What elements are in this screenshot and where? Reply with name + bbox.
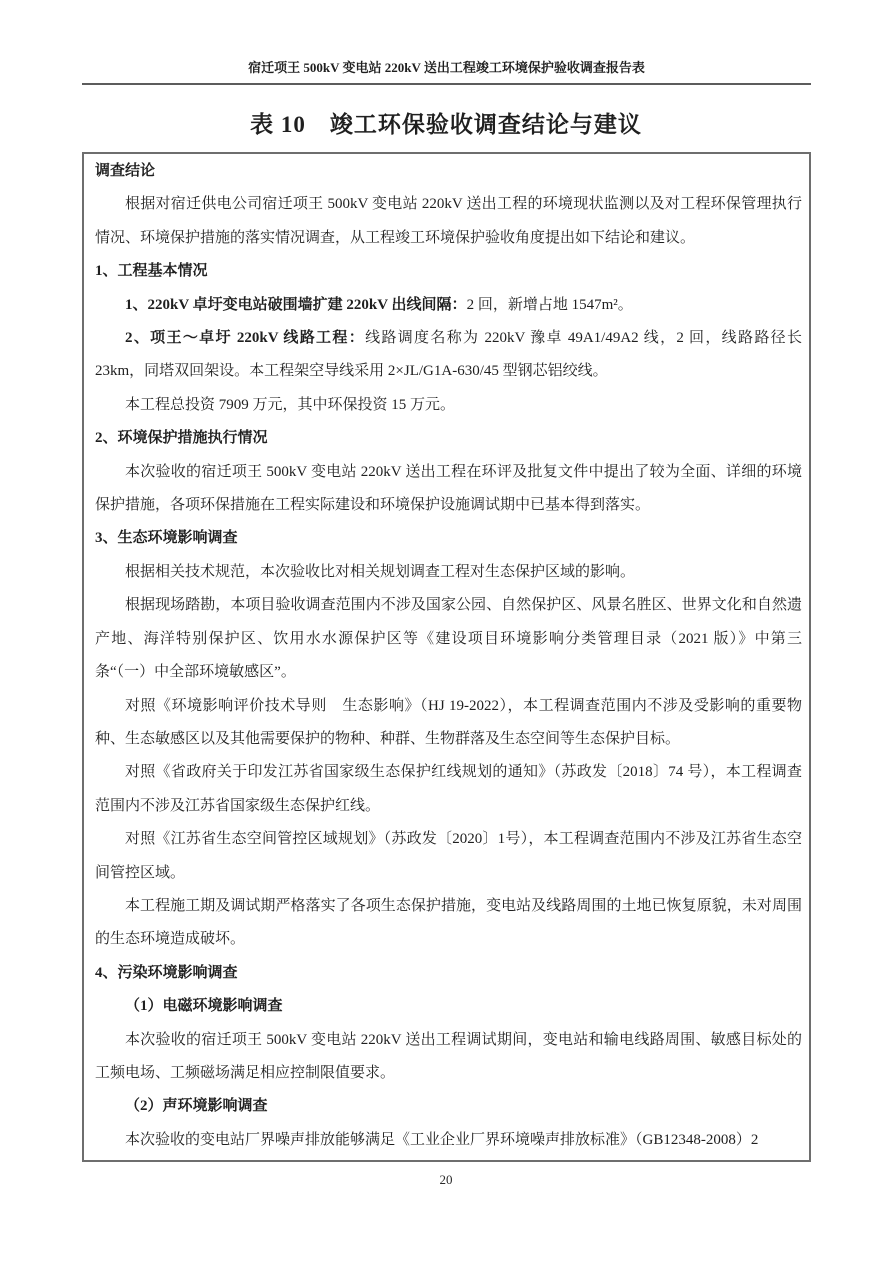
paragraph-text: 根据相关技术规范，本次验收比对相关规划调查工程对生态保护区域的影响。 [125, 564, 635, 580]
section-heading-text: 2、环境保护措施执行情况 [95, 430, 268, 446]
paragraph: 根据对宿迁供电公司宿迁项王 500kV 变电站 220kV 送出工程的环境现状监… [95, 188, 802, 255]
paragraph-text: 根据现场踏勘，本项目验收调查范围内不涉及国家公园、自然保护区、风景名胜区、世界文… [95, 597, 802, 680]
paragraph: 1、220kV 卓圩变电站破围墙扩建 220kV 出线间隔：2 回，新增占地 1… [95, 289, 802, 322]
paragraph: 根据相关技术规范，本次验收比对相关规划调查工程对生态保护区域的影响。 [95, 556, 802, 589]
report-header: 宿迁项王 500kV 变电站 220kV 送出工程竣工环境保护验收调查报告表 [82, 57, 811, 76]
paragraph: 本次验收的宿迁项王 500kV 变电站 220kV 送出工程调试期间，变电站和输… [95, 1024, 802, 1091]
paragraph-lead: 2、项王～卓圩 220kV 线路工程： [125, 330, 365, 346]
paragraph: 根据现场踏勘，本项目验收调查范围内不涉及国家公园、自然保护区、风景名胜区、世界文… [95, 589, 802, 689]
paragraph: 对照《环境影响评价技术导则 生态影响》（HJ 19-2022），本工程调查范围内… [95, 690, 802, 757]
section-heading-text: 4、污染环境影响调查 [95, 965, 238, 981]
header-divider [82, 83, 811, 85]
sub-section-heading-text: （2）声环境影响调查 [125, 1098, 268, 1114]
page-number: 20 [0, 1172, 892, 1188]
section-heading: 2、环境保护措施执行情况 [95, 422, 802, 455]
paragraph: 本次验收的变电站厂界噪声排放能够满足《工业企业厂界环境噪声排放标准》（GB123… [95, 1124, 802, 1157]
page-title: 表 10 竣工环保验收调查结论与建议 [0, 106, 892, 139]
section-heading: 1、工程基本情况 [95, 255, 802, 288]
section-heading-text: 3、生态环境影响调查 [95, 530, 238, 546]
paragraph: 本次验收的宿迁项王 500kV 变电站 220kV 送出工程在环评及批复文件中提… [95, 456, 802, 523]
section-heading: 4、污染环境影响调查 [95, 957, 802, 990]
paragraph-text: 对照《江苏省生态空间管控区域规划》（苏政发〔2020〕1号），本工程调查范围内不… [95, 831, 802, 880]
paragraph-text: 本次验收的宿迁项王 500kV 变电站 220kV 送出工程调试期间，变电站和输… [95, 1032, 802, 1081]
paragraph-text: 根据对宿迁供电公司宿迁项王 500kV 变电站 220kV 送出工程的环境现状监… [95, 196, 802, 245]
paragraph-text: 本次验收的变电站厂界噪声排放能够满足《工业企业厂界环境噪声排放标准》（GB123… [125, 1132, 758, 1148]
cell-heading: 调查结论 [95, 155, 802, 188]
paragraph-text: 本工程施工期及调试期严格落实了各项生态保护措施，变电站及线路周围的土地已恢复原貌… [95, 898, 802, 947]
paragraph-lead: 1、220kV 卓圩变电站破围墙扩建 220kV 出线间隔： [125, 297, 467, 313]
paragraph-text: 对照《环境影响评价技术导则 生态影响》（HJ 19-2022），本工程调查范围内… [95, 698, 802, 747]
document-page: 宿迁项王 500kV 变电站 220kV 送出工程竣工环境保护验收调查报告表 表… [0, 0, 892, 1262]
paragraph: 对照《江苏省生态空间管控区域规划》（苏政发〔2020〕1号），本工程调查范围内不… [95, 823, 802, 890]
paragraph-text: 2 回，新增占地 1547m²。 [467, 297, 633, 313]
sub-section-heading: （2）声环境影响调查 [95, 1090, 802, 1123]
paragraph: 对照《省政府关于印发江苏省国家级生态保护红线规划的通知》（苏政发〔2018〕74… [95, 756, 802, 823]
paragraph-text: 本工程总投资 7909 万元，其中环保投资 15 万元。 [125, 397, 455, 413]
sub-section-heading: （1）电磁环境影响调查 [95, 990, 802, 1023]
paragraph: 本工程总投资 7909 万元，其中环保投资 15 万元。 [95, 389, 802, 422]
cell-heading-text: 调查结论 [95, 163, 155, 179]
conclusions-table-cell: 调查结论 根据对宿迁供电公司宿迁项王 500kV 变电站 220kV 送出工程的… [82, 152, 811, 1162]
paragraph: 2、项王～卓圩 220kV 线路工程：线路调度名称为 220kV 豫卓 49A1… [95, 322, 802, 389]
paragraph: 本工程施工期及调试期严格落实了各项生态保护措施，变电站及线路周围的土地已恢复原貌… [95, 890, 802, 957]
sub-section-heading-text: （1）电磁环境影响调查 [125, 998, 283, 1014]
paragraph-text: 本次验收的宿迁项王 500kV 变电站 220kV 送出工程在环评及批复文件中提… [95, 464, 802, 513]
section-heading-text: 1、工程基本情况 [95, 263, 208, 279]
paragraph-text: 对照《省政府关于印发江苏省国家级生态保护红线规划的通知》（苏政发〔2018〕74… [95, 764, 802, 813]
section-heading: 3、生态环境影响调查 [95, 522, 802, 555]
